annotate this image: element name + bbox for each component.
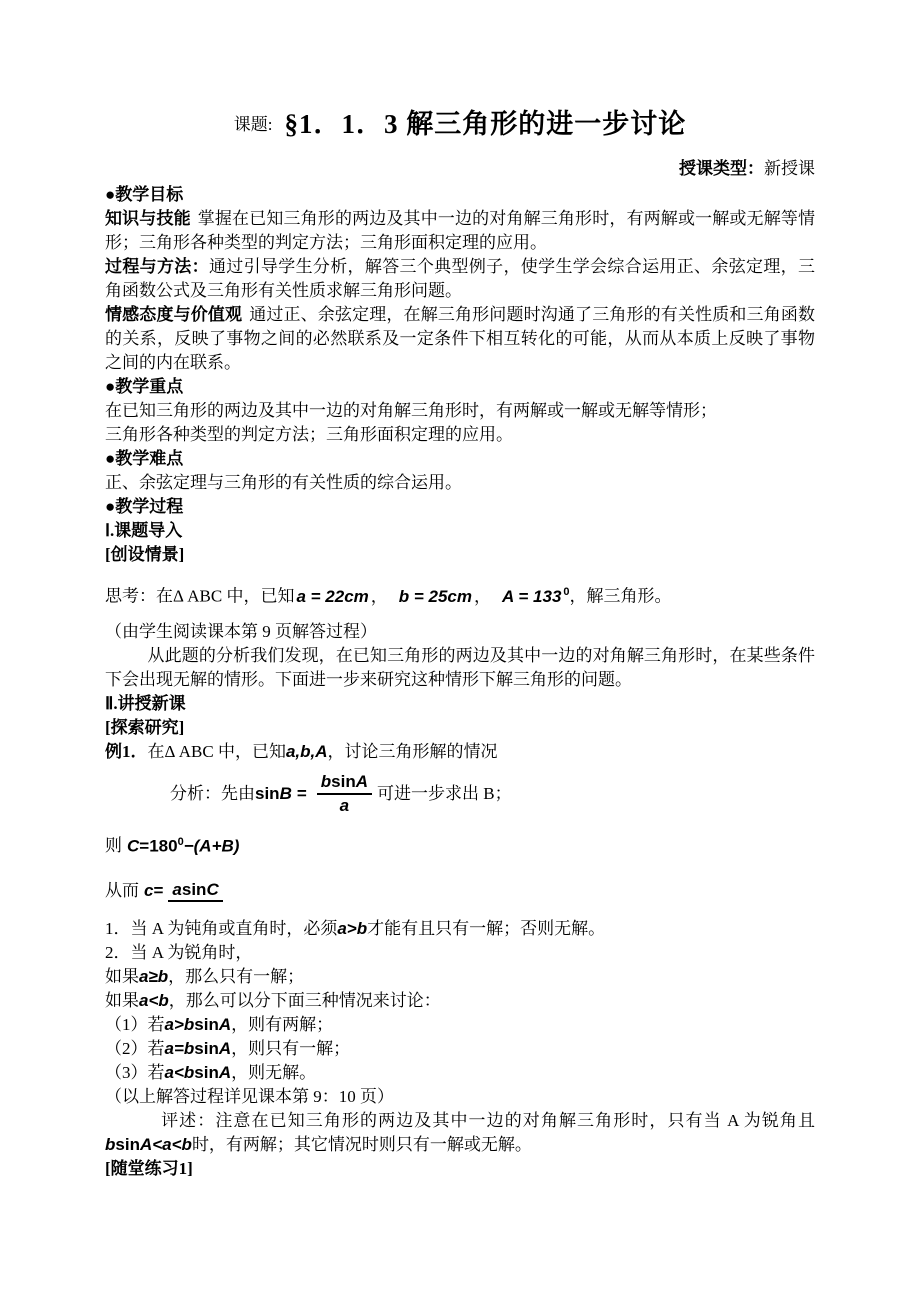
case2-lt-line: 如果a<b，那么可以分下面三种情况来讨论：: [105, 989, 815, 1013]
math-A-var: A: [219, 1063, 231, 1082]
math-A-var: A: [219, 1015, 231, 1034]
math-sin-fn: sin: [255, 784, 280, 804]
analysis-suffix: 可进一步求出 B；: [377, 782, 512, 806]
subcase2-pre: （2）若: [105, 1039, 165, 1058]
math-c-var: c: [144, 881, 153, 901]
think-suffix: ，解三角形。: [570, 587, 672, 606]
scenario-heading: [创设情景]: [105, 543, 815, 567]
case1-line: 1．当 A 为钝角或直角时，必须a>b才能有且只有一解；否则无解。: [105, 917, 815, 941]
part1-heading: Ⅰ.课题导入: [105, 519, 815, 543]
subcase3-post: ，则无解。: [231, 1063, 316, 1082]
document-title-line: 课题:§1．1．3 解三角形的进一步讨论: [105, 106, 815, 147]
case2-lt-pre: 如果: [105, 991, 139, 1010]
process-text: 通过引导学生分析，解答三个典型例子，使学生学会综合运用正、余弦定理，三角函数公式…: [105, 257, 815, 300]
subcase2-line: （2）若a=bsinA，则只有一解；: [105, 1037, 815, 1061]
num-C: C: [206, 880, 218, 899]
math-A-var: A: [219, 1039, 231, 1058]
math-b-equals-25cm: b = 25cm: [399, 587, 472, 606]
num-b: b: [321, 772, 331, 791]
example1-pre: 在Δ ABC 中，已知: [148, 742, 286, 761]
math-a-lt-b: a<b: [165, 1063, 195, 1082]
affect-label: 情感态度与价值观: [105, 305, 242, 324]
math-a-gt-b: a>b: [337, 919, 367, 938]
title-label: 课题:: [234, 115, 273, 134]
math-a-gt-b: a>b: [165, 1015, 195, 1034]
part2-heading: Ⅱ.讲授新课: [105, 692, 815, 716]
math-a-lt-b: a<b: [139, 991, 169, 1010]
fraction-denominator: a: [317, 795, 372, 816]
explore-heading: [探索研究]: [105, 716, 815, 740]
subcase1-pre: （1）若: [105, 1015, 165, 1034]
knowledge-label: 知识与技能: [105, 209, 191, 228]
difficulty-heading: ●教学难点: [105, 447, 815, 471]
see-textbook-note: （以上解答过程详见课本第 9：10 页）: [105, 1085, 815, 1109]
objectives-process: 过程与方法：通过引导学生分析，解答三个典型例子，使学生学会综合运用正、余弦定理，…: [105, 255, 815, 303]
math-A-lt-a-lt-b: A<a<b: [140, 1135, 192, 1154]
course-type-label: 授课类型：: [679, 159, 764, 178]
math-minus-A-plus-B: −(A+B): [184, 836, 240, 855]
example1-line: 例1．在Δ ABC 中，已知a,b,A，讨论三角形解的情况: [105, 740, 815, 764]
objectives-knowledge: 知识与技能掌握在已知三角形的两边及其中一边的对角解三角形时，有两解或一解或无解等…: [105, 207, 815, 255]
math-a-equals-22cm: a = 22cm: [296, 587, 368, 606]
document-page: 课题:§1．1．3 解三角形的进一步讨论 授课类型：新授课 ●教学目标 知识与技…: [0, 0, 920, 1302]
formula-sinB: 分析：先由 sin B = bsinA a 可进一步求出 B；: [105, 768, 815, 820]
remark-post: 时，有两解；其它情况时则只有一解或无解。: [192, 1135, 532, 1154]
math-C-var: C: [127, 836, 139, 855]
math-b-var: b: [105, 1135, 115, 1154]
math-sin-fn: sin: [115, 1135, 140, 1154]
case2-ge-line: 如果a≥b，那么只有一解；: [105, 965, 815, 989]
math-sin-fn: sin: [194, 1063, 219, 1082]
subcase3-line: （3）若a<bsinA，则无解。: [105, 1061, 815, 1085]
case2-lt-post: ，那么可以分下面三种情况来讨论：: [169, 991, 441, 1010]
remark-paragraph: 评述：注意在已知三角形的两边及其中一边的对角解三角形时，只有当 A 为锐角且bs…: [105, 1109, 815, 1157]
math-B-var: B: [280, 784, 292, 804]
lesson-title: §1．1．3 解三角形的进一步讨论: [284, 109, 686, 139]
math-equals: =: [153, 881, 163, 901]
objectives-heading: ●教学目标: [105, 183, 815, 207]
formula-C-line: 则C=1800−(A+B): [105, 829, 815, 860]
fraction-asinC-over-A: asinC: [168, 880, 222, 904]
comma-separator: ，: [371, 587, 388, 606]
remark-pre: 评述：注意在已知三角形的两边及其中一边的对角解三角形时，只有当 A 为锐角且: [161, 1111, 815, 1130]
hence-prefix: 从而: [105, 879, 139, 903]
fraction-bsinA-over-a: bsinA a: [317, 772, 372, 815]
process-label: 过程与方法：: [105, 257, 209, 276]
fraction-numerator: asinC: [168, 880, 222, 903]
case1-post: 才能有且只有一解；否则无解。: [367, 919, 605, 938]
key-points-line1: 在已知三角形的两边及其中一边的对角解三角形时，有两解或一解或无解等情形；: [105, 399, 815, 423]
case1-pre: 1．当 A 为钝角或直角时，必须: [105, 919, 337, 938]
practice-heading: [随堂练习1]: [105, 1157, 815, 1181]
math-sin-fn: sin: [194, 1039, 219, 1058]
subcase3-pre: （3）若: [105, 1063, 165, 1082]
case2-ge-post: ，那么只有一解；: [168, 967, 304, 986]
think-prefix: 思考：在Δ ABC 中，已知: [105, 587, 294, 606]
math-equals-180: =180: [139, 836, 177, 855]
fraction-denominator: [168, 902, 222, 903]
fraction-numerator: bsinA: [317, 772, 372, 795]
knowledge-text: 掌握在已知三角形的两边及其中一边的对角解三角形时，有两解或一解或无解等情形；三角…: [105, 209, 815, 252]
example1-label: 例1．: [105, 742, 148, 761]
subcase1-post: ，则有两解；: [231, 1015, 333, 1034]
course-type-value: 新授课: [764, 159, 815, 178]
math-equals: =: [297, 784, 307, 804]
key-points-heading: ●教学重点: [105, 375, 815, 399]
subcase2-post: ，则只有一解；: [231, 1039, 350, 1058]
process-heading: ●教学过程: [105, 495, 815, 519]
math-a-eq-b: a=b: [165, 1039, 195, 1058]
course-type-line: 授课类型：新授课: [105, 157, 815, 181]
math-vars-abA: a,b,A: [286, 742, 328, 761]
math-A-equals-133: A = 133: [502, 587, 561, 606]
math-sin-fn: sin: [194, 1015, 219, 1034]
key-points-line2: 三角形各种类型的判定方法；三角形面积定理的应用。: [105, 423, 815, 447]
num-A: A: [356, 772, 368, 791]
num-a: a: [172, 880, 181, 899]
case2-ge-pre: 如果: [105, 967, 139, 986]
math-a-ge-b: a≥b: [139, 967, 168, 986]
analysis-prefix: 分析：先由: [170, 782, 255, 806]
discover-paragraph: 从此题的分析我们发现，在已知三角形的两边及其中一边的对角解三角形时，在某些条件下…: [105, 644, 815, 692]
objectives-affect: 情感态度与价值观通过正、余弦定理，在解三角形问题时沟通了三角形的有关性质和三角函…: [105, 303, 815, 375]
comma-separator: ，: [474, 587, 491, 606]
think-problem-line: 思考：在Δ ABC 中，已知a = 22cm，b = 25cm，A = 1330…: [105, 578, 815, 611]
formula-c-line: 从而 c = asinC: [105, 865, 815, 917]
example1-post: ，讨论三角形解的情况: [328, 742, 498, 761]
num-sin: sin: [182, 880, 207, 899]
then-prefix: 则: [105, 836, 122, 855]
difficulty-text: 正、余弦定理与三角形的有关性质的综合运用。: [105, 471, 815, 495]
den-a: a: [340, 796, 349, 815]
subcase1-line: （1）若a>bsinA，则有两解；: [105, 1013, 815, 1037]
case2-heading: 2．当 A 为锐角时，: [105, 941, 815, 965]
read-note: （由学生阅读课本第 9 页解答过程）: [105, 620, 815, 644]
num-sin: sin: [331, 772, 356, 791]
